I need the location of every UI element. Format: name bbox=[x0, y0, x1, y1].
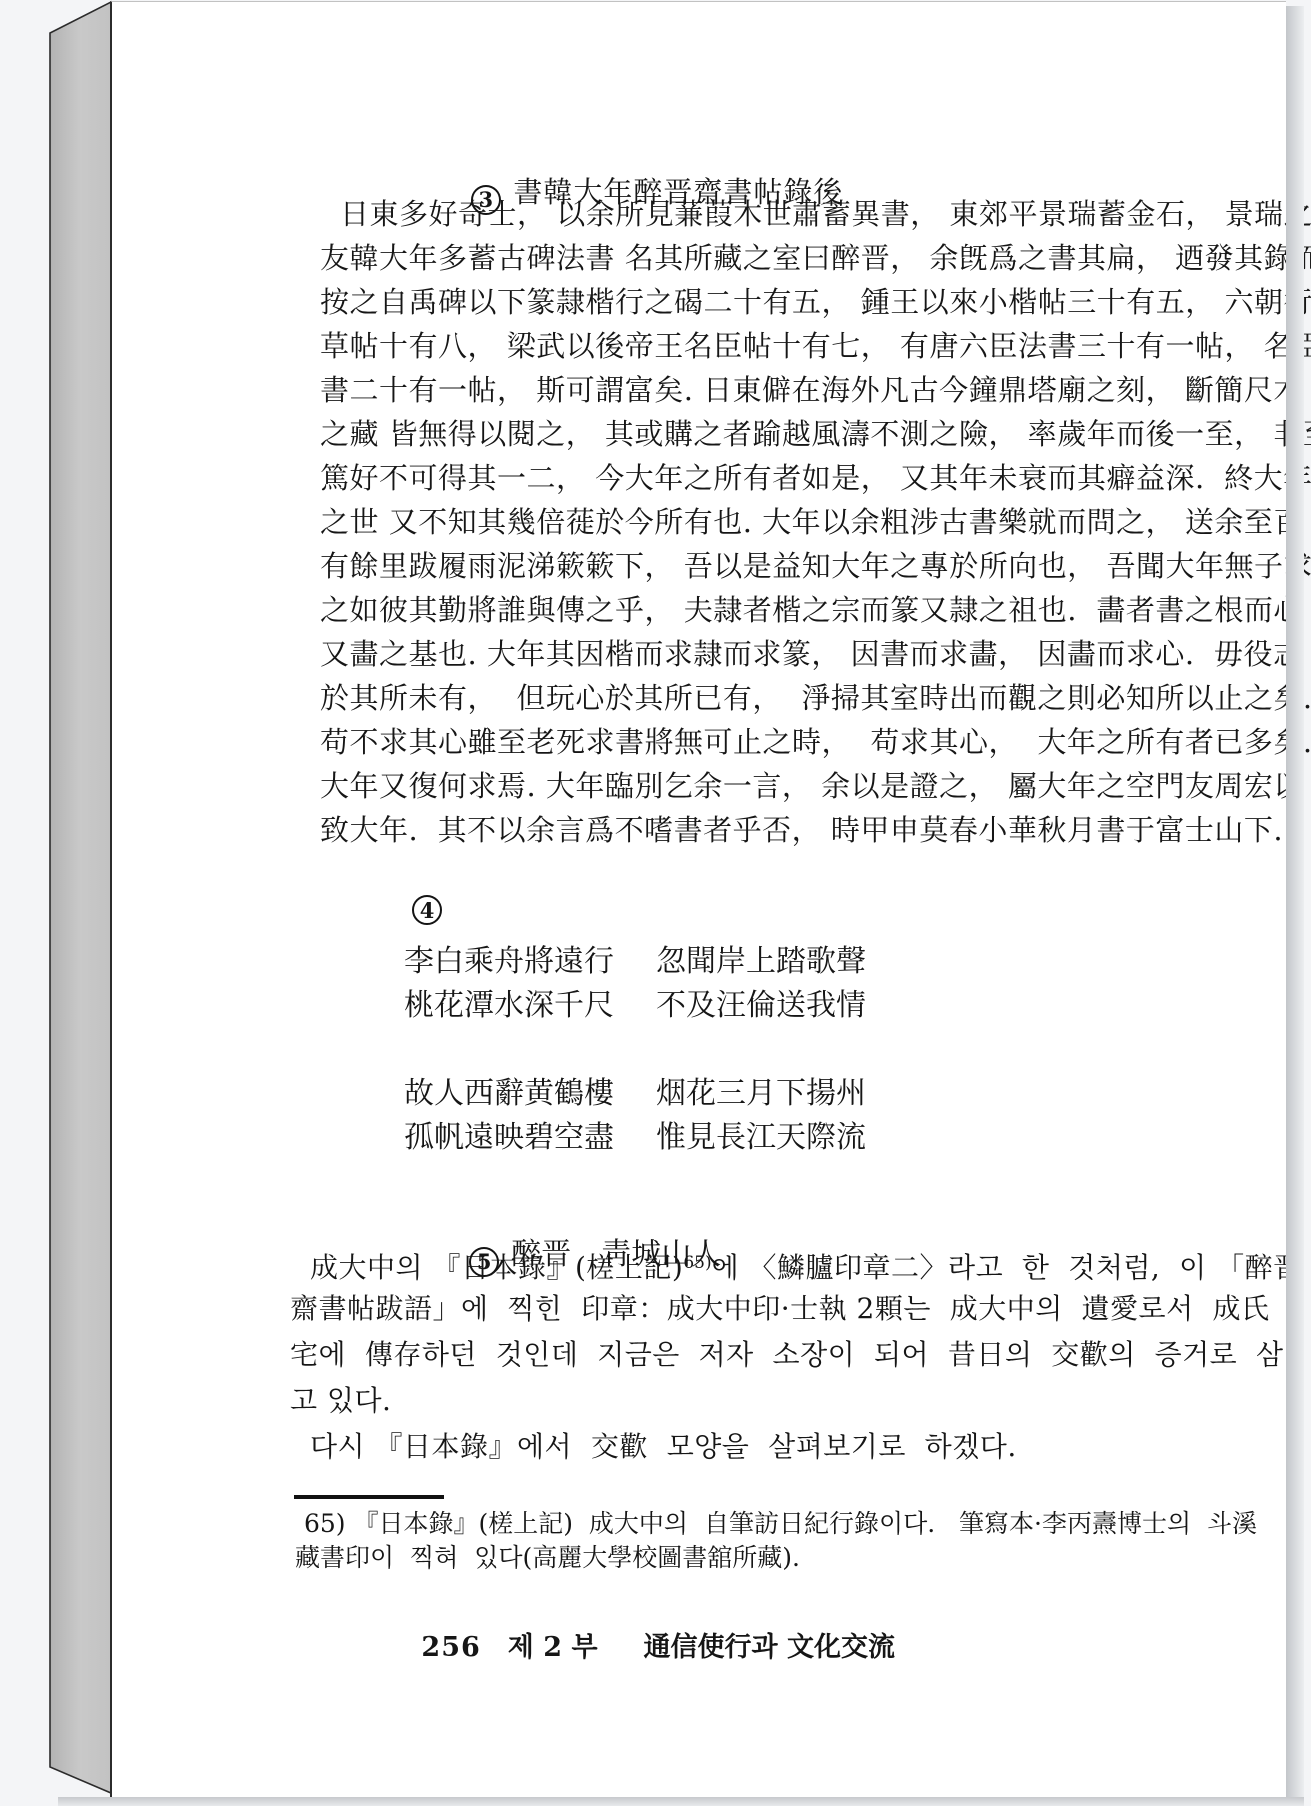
text-line: 致大年. 其不以余言爲不嗜書者乎否， 時甲申莫春小華秋月書于富士山下. bbox=[320, 808, 1311, 852]
text-line: 成大中의 『日本錄』(槎上記)65)에 〈鱗臚印章二〉라고 한 것처럼, 이 「… bbox=[290, 1240, 1302, 1286]
poem-line: 桃花潭水深千尺不及汪倫送我情 bbox=[404, 984, 866, 1028]
text-line: 之世 又不知其幾倍蓰於今所有也. 大年以余粗涉古書樂就而問之， 送余至百 bbox=[320, 500, 1311, 544]
footnote-65: 65) 『日本錄』(槎上記) 成大中의 自筆訪日紀行錄이다. 筆寫本·李丙燾博士… bbox=[295, 1507, 1257, 1575]
text-line: 齋書帖跋語」에 찍힌 印章：成大中印·士執 2顆는 成大中의 遺愛로서 成氏 bbox=[290, 1286, 1302, 1332]
page-footer: 256제 2 부通信使行과 文化交流 bbox=[365, 1594, 895, 1695]
text-line: 書二十有一帖， 斯可謂富矣. 日東僻在海外凡古今鐘鼎塔廟之刻， 斷簡尺木 bbox=[320, 368, 1311, 412]
book-page: 3書韓大年醉晋齋書帖錄後 日東多好奇士， 以余所見蒹葭木世肅蓄異書， 東郊平景瑞… bbox=[110, 1, 1286, 1798]
text-line: 之如彼其勤將誰與傳之乎， 夫隷者楷之宗而篆又隷之祖也. 畵者書之根而心 bbox=[320, 588, 1311, 632]
footnote-reference: 65) bbox=[683, 1253, 711, 1273]
section-3-paragraph: 日東多好奇士， 以余所見蒹葭木世肅蓄異書， 東郊平景瑞蓄金石， 景瑞之 友韓大年… bbox=[320, 192, 1311, 852]
text-line: 有餘里跋履雨泥涕簌簌下， 吾以是益知大年之專於所向也， 吾聞大年無子求 bbox=[320, 544, 1311, 588]
text-line: 友韓大年多蓄古碑法書 名其所藏之室曰醉晋， 余旣爲之書其扁， 迺發其錄而 bbox=[320, 236, 1311, 280]
text-line: 宅에 傳存하던 것인데 지금은 저자 소장이 되어 昔日의 交歡의 증거로 삼 bbox=[290, 1332, 1302, 1378]
text-line: 다시 『日本錄』에서 交歡 모양을 살펴보기로 하겠다. bbox=[290, 1424, 1302, 1470]
footnote-line: 65) 『日本錄』(槎上記) 成大中의 自筆訪日紀行錄이다. 筆寫本·李丙燾博士… bbox=[295, 1507, 1257, 1541]
text-segment: 에 〈鱗臚印章二〉라고 한 것처럼, 이 「醉晋 bbox=[712, 1251, 1302, 1284]
hemistich: 桃花潭水深千尺 bbox=[404, 988, 614, 1023]
text-line: 又畵之基也. 大年其因楷而求隷而求篆， 因書而求畵， 因畵而求心. 毋役志 bbox=[320, 632, 1311, 676]
text-segment: 成大中의 『日本錄』(槎上記) bbox=[310, 1251, 683, 1284]
section-5-paragraph: 成大中의 『日本錄』(槎上記)65)에 〈鱗臚印章二〉라고 한 것처럼, 이 「… bbox=[290, 1240, 1302, 1470]
text-line: 於其所未有， 但玩心於其所已有， 淨掃其室時出而觀之則必知所以止之矣. bbox=[320, 676, 1311, 720]
page-number: 256 bbox=[421, 1632, 480, 1663]
hemistich: 忽聞岸上踏歌聲 bbox=[656, 944, 866, 979]
page-edge-right bbox=[1286, 6, 1304, 1799]
poem-line: 孤帆遠映碧空盡惟見長江天際流 bbox=[404, 1116, 866, 1160]
part-label: 제 2 부 bbox=[508, 1632, 598, 1663]
text-line: 고 있다. bbox=[290, 1378, 1302, 1424]
page-edge-bottom bbox=[58, 1797, 1304, 1806]
poem-line: 故人西辭黄鶴樓烟花三月下揚州 bbox=[404, 1072, 866, 1116]
hemistich: 不及汪倫送我情 bbox=[656, 988, 866, 1023]
text-line: 苟不求其心雖至老死求書將無可止之時， 苟求其心， 大年之所有者已多矣. bbox=[320, 720, 1311, 764]
section-4-heading: 4 bbox=[412, 895, 454, 925]
poem-li-bai-2: 故人西辭黄鶴樓烟花三月下揚州 孤帆遠映碧空盡惟見長江天際流 bbox=[404, 1072, 866, 1160]
footnote-line: 藏書印이 찍혀 있다(高麗大學校圖書舘所藏). bbox=[295, 1541, 1257, 1575]
circled-4-icon: 4 bbox=[412, 895, 442, 925]
scanned-book: 3書韓大年醉晋齋書帖錄後 日東多好奇士， 以余所見蒹葭木世肅蓄異書， 東郊平景瑞… bbox=[0, 0, 1311, 1806]
hemistich: 故人西辭黄鶴樓 bbox=[404, 1076, 614, 1111]
hemistich: 惟見長江天際流 bbox=[656, 1120, 866, 1155]
hemistich: 烟花三月下揚州 bbox=[656, 1076, 866, 1111]
page-stack-icon bbox=[50, 2, 111, 1793]
text-line: 篤好不可得其一二， 今大年之所有者如是， 又其年未衰而其癖益深. 終大年 bbox=[320, 456, 1311, 500]
hemistich: 孤帆遠映碧空盡 bbox=[404, 1120, 614, 1155]
text-line: 按之自禹碑以下篆隷楷行之碣二十有五， 鍾王以來小楷帖三十有五， 六朝行 bbox=[320, 280, 1311, 324]
text-line: 之藏 皆無得以閱之， 其或購之者踰越風濤不測之險， 率歲年而後一至， 非至 bbox=[320, 412, 1311, 456]
footnote-divider bbox=[294, 1495, 444, 1499]
text-line: 大年又復何求焉. 大年臨別乞余一言， 余以是證之， 屬大年之空門友周宏以 bbox=[320, 764, 1311, 808]
text-line: 草帖十有八， 梁武以後帝王名臣帖十有七， 有唐六臣法書三十有一帖， 名臣 bbox=[320, 324, 1311, 368]
poem-li-bai-1: 李白乘舟將遠行忽聞岸上踏歌聲 桃花潭水深千尺不及汪倫送我情 bbox=[404, 940, 866, 1028]
text-line: 日東多好奇士， 以余所見蒹葭木世肅蓄異書， 東郊平景瑞蓄金石， 景瑞之 bbox=[320, 192, 1311, 236]
hemistich: 李白乘舟將遠行 bbox=[404, 944, 614, 979]
chapter-title: 通信使行과 文化交流 bbox=[644, 1632, 895, 1663]
poem-line: 李白乘舟將遠行忽聞岸上踏歌聲 bbox=[404, 940, 866, 984]
